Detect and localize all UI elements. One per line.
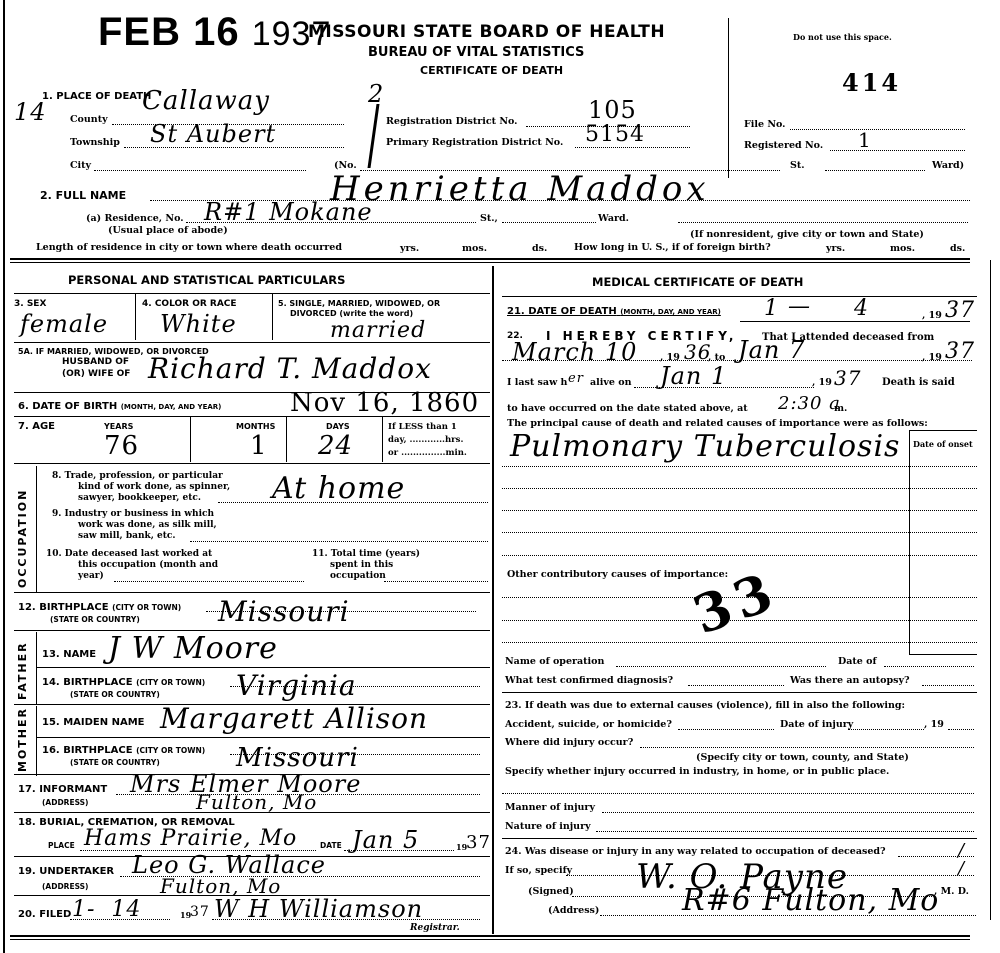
foreign-ds-label: ds. bbox=[950, 244, 965, 254]
injury-year-line bbox=[948, 729, 974, 730]
rule-age bbox=[14, 463, 490, 464]
dod-line bbox=[740, 321, 970, 322]
years-label: YEARS bbox=[104, 423, 133, 431]
dod-day: 4 bbox=[854, 298, 869, 320]
burial-date-label: DATE bbox=[320, 842, 342, 850]
filed-year: 37 bbox=[190, 905, 210, 919]
age-label: 7. AGE bbox=[18, 422, 55, 432]
registrar-signature: W H Williamson bbox=[214, 897, 423, 921]
accident-label: Accident, suicide, or homicide? bbox=[505, 720, 672, 730]
undertaker-address: Fulton, Mo bbox=[160, 876, 281, 896]
form-title: MISSOURI STATE BOARD OF HEALTH bbox=[308, 24, 665, 41]
registered-no-value: 1 bbox=[858, 130, 872, 150]
attended-from: March 10 bbox=[512, 340, 637, 364]
birthplace-city-sub: (CITY OR TOWN) bbox=[112, 603, 181, 612]
dob-label-sub: (MONTH, DAY, AND YEAR) bbox=[121, 403, 222, 411]
industry-line bbox=[190, 541, 488, 542]
rule-personal-title bbox=[14, 293, 490, 294]
file-no-line bbox=[790, 129, 965, 130]
dod-dash: — bbox=[788, 296, 811, 318]
residence-ds-label: ds. bbox=[532, 244, 547, 254]
residence-sublabel: (Usual place of abode) bbox=[108, 226, 228, 236]
where-line bbox=[640, 747, 974, 748]
nonresident-line bbox=[678, 222, 968, 223]
injury-year-prefix: , 19 bbox=[924, 720, 944, 730]
manner-line bbox=[602, 812, 974, 813]
occupation-side-label: OCCUPATION bbox=[16, 478, 29, 588]
bottom-rule-2 bbox=[10, 939, 970, 940]
where-label: Where did injury occur? bbox=[505, 738, 633, 748]
birthplace-state-sub: (STATE OR COUNTRY) bbox=[50, 616, 140, 624]
length-of-residence-label: Length of residence in city or town wher… bbox=[36, 243, 342, 253]
place-bracket bbox=[368, 104, 380, 168]
industry-label-1: 9. Industry or business in which bbox=[52, 510, 214, 519]
county-label: County bbox=[70, 115, 108, 125]
undertaker-address-label: (ADDRESS) bbox=[42, 883, 88, 891]
operation-label: Name of operation bbox=[505, 657, 604, 667]
header-rule-2 bbox=[10, 262, 970, 263]
trade-label-1: 8. Trade, profession, or particular bbox=[52, 472, 223, 481]
age-divider-1 bbox=[190, 416, 191, 462]
onset-column-divider-2 bbox=[909, 590, 910, 654]
dob-label-text: 6. DATE OF BIRTH bbox=[18, 401, 117, 412]
residence-st-label: St., bbox=[480, 214, 498, 224]
dob-value: Nov 16, 1860 bbox=[290, 390, 479, 416]
trade-label-3: sawyer, bookkeeper, etc. bbox=[78, 494, 201, 503]
industry-label-3: saw mill, bank, etc. bbox=[78, 532, 176, 541]
age-months: 1 bbox=[250, 433, 268, 459]
township-label: Township bbox=[70, 138, 120, 148]
full-name-value: Henrietta Maddox bbox=[330, 172, 710, 206]
header-divider bbox=[728, 18, 729, 178]
last-saw-label: I last saw h bbox=[507, 378, 567, 388]
registered-no-label: Registered No. bbox=[744, 141, 823, 151]
if-so-specify-label: If so, specify bbox=[505, 866, 572, 876]
left-border bbox=[3, 0, 5, 953]
occurred-label: to have occurred on the date stated abov… bbox=[507, 404, 748, 414]
cause-line-2 bbox=[502, 488, 977, 489]
dod-label-sub: (MONTH, DAY, AND YEAR) bbox=[620, 308, 721, 316]
foreign-mos-label: mos. bbox=[890, 244, 915, 254]
father-birthplace-state-sub: (STATE OR COUNTRY) bbox=[70, 691, 160, 699]
signed-label: (Signed) bbox=[528, 887, 574, 897]
spouse-value: Richard T. Maddox bbox=[148, 355, 432, 383]
rule-marital bbox=[14, 342, 490, 343]
autopsy-line bbox=[922, 685, 974, 686]
nature-label: Nature of injury bbox=[505, 822, 591, 832]
autopsy-label: Was there an autopsy? bbox=[790, 676, 910, 686]
city-line bbox=[94, 170, 306, 171]
informant-address-label: (ADDRESS) bbox=[42, 799, 88, 807]
residence-ward-line bbox=[502, 222, 596, 223]
total-time-label-2: spent in this bbox=[330, 561, 393, 570]
mother-name-value: Margarett Allison bbox=[160, 705, 428, 733]
last-saw-pronoun: er bbox=[568, 372, 584, 385]
father-name-label: 13. NAME bbox=[42, 650, 96, 660]
bottom-rule-1 bbox=[10, 935, 970, 937]
ward-line bbox=[825, 170, 925, 171]
last-worked-label-3: year) bbox=[78, 572, 104, 581]
primary-registration-value: 5154 bbox=[585, 124, 645, 146]
specify-place-label: Specify whether injury occurred in indus… bbox=[505, 767, 889, 777]
trade-label-2: kind of work done, as spinner, bbox=[78, 483, 230, 492]
last-worked-label-1: 10. Date deceased last worked at bbox=[46, 550, 212, 559]
last-saw-year-prefix: , 19 bbox=[812, 378, 832, 388]
corner-mark: 2 bbox=[368, 82, 384, 106]
trade-value: At home bbox=[272, 474, 405, 504]
last-worked-label-2: this occupation (month and bbox=[78, 561, 218, 570]
registration-district-value: 105 bbox=[588, 98, 637, 122]
primary-registration-line bbox=[575, 147, 690, 148]
coding-stamp: 3 3 bbox=[687, 569, 773, 643]
less-than-label: If LESS than 1 bbox=[388, 423, 457, 432]
principal-cause: Pulmonary Tuberculosis bbox=[510, 432, 900, 462]
registrar-label: Registrar. bbox=[410, 924, 460, 933]
cause-line-5 bbox=[502, 555, 977, 556]
burial-date-value: Jan 5 bbox=[352, 828, 419, 852]
father-bracket bbox=[36, 632, 37, 704]
occupation-bracket bbox=[36, 466, 37, 592]
less-day-label: day, ............hrs. bbox=[388, 436, 463, 445]
color-value: White bbox=[160, 312, 237, 336]
last-saw-date: Jan 1 bbox=[660, 364, 727, 388]
mother-birthplace-state-sub: (STATE OR COUNTRY) bbox=[70, 759, 160, 767]
injury-date-line bbox=[848, 729, 924, 730]
mother-side-label: MOTHER bbox=[16, 710, 29, 772]
dod-year-prefix: , 19 bbox=[922, 311, 942, 321]
operation-date-label: Date of bbox=[838, 657, 877, 667]
residence-label: (a) Residence, No. bbox=[86, 214, 184, 224]
time-of-death: 2:30 a bbox=[778, 395, 841, 413]
undertaker-label: 19. UNDERTAKER bbox=[18, 867, 114, 877]
place-of-death-label: 1. PLACE OF DEATH bbox=[42, 92, 151, 102]
nonresident-note: (If nonresident, give city or town and S… bbox=[690, 230, 924, 240]
mother-name-label: 15. MAIDEN NAME bbox=[42, 718, 144, 728]
specify-place-line bbox=[502, 793, 974, 794]
reserved-note: Do not use this space. bbox=[793, 33, 892, 41]
age-divider-3 bbox=[382, 416, 383, 462]
days-label: DAYS bbox=[326, 423, 350, 431]
to-year-prefix: , 19 bbox=[922, 353, 942, 363]
street-st-label: St. bbox=[790, 161, 805, 171]
rule-external-bottom bbox=[502, 838, 977, 839]
age-days: 24 bbox=[318, 433, 353, 459]
injury-date-label: Date of injury bbox=[780, 720, 853, 730]
total-time-label-1: 11. Total time (years) bbox=[312, 550, 420, 559]
header-rule-1 bbox=[10, 258, 970, 260]
time-m-label: m. bbox=[834, 404, 847, 414]
where-note: (Specify city or town, county, and State… bbox=[696, 753, 909, 763]
personal-section-title: PERSONAL AND STATISTICAL PARTICULARS bbox=[68, 275, 345, 287]
color-label: 4. COLOR OR RACE bbox=[142, 300, 237, 309]
ward-label: Ward) bbox=[932, 161, 964, 171]
form-name: CERTIFICATE OF DEATH bbox=[420, 65, 563, 76]
onset-label: Date of onset bbox=[913, 440, 973, 448]
age-divider-2 bbox=[286, 416, 287, 462]
mother-bracket bbox=[36, 706, 37, 776]
form-subtitle: BUREAU OF VITAL STATISTICS bbox=[368, 46, 584, 59]
burial-place-label: PLACE bbox=[48, 842, 75, 850]
rule-father-name bbox=[36, 667, 490, 668]
less-or-label: or ...............min. bbox=[388, 449, 467, 458]
father-birthplace-label-text: 14. BIRTHPLACE bbox=[42, 677, 133, 688]
reserved-number: 414 bbox=[842, 68, 901, 97]
attended-to: Jan 7 bbox=[738, 338, 805, 362]
operation-date-line bbox=[884, 666, 974, 667]
accident-line bbox=[678, 729, 774, 730]
father-side-label: FATHER bbox=[16, 640, 29, 700]
file-no-label: File No. bbox=[744, 120, 785, 130]
total-time-label-3: occupation bbox=[330, 572, 386, 581]
spouse-label-3: (OR) WIFE OF bbox=[62, 370, 130, 379]
if-so-specify-value: / bbox=[958, 860, 965, 878]
dod-year: 37 bbox=[945, 300, 975, 322]
residence-value: R#1 Mokane bbox=[204, 200, 373, 224]
county-value: Callaway bbox=[142, 88, 270, 114]
sex-label: 3. SEX bbox=[14, 300, 46, 309]
test-line bbox=[688, 685, 784, 686]
rule-medical-title bbox=[502, 296, 977, 297]
marital-label: 5. SINGLE, MARRIED, WIDOWED, OR bbox=[278, 300, 440, 308]
birthplace-label: 12. BIRTHPLACE (CITY OR TOWN) bbox=[18, 603, 181, 613]
dod-label-text: 21. DATE OF DEATH bbox=[507, 306, 617, 317]
mother-birthplace-label: 16. BIRTHPLACE (CITY OR TOWN) bbox=[42, 746, 205, 756]
rule-occupation bbox=[14, 592, 490, 593]
rule-dob bbox=[14, 416, 490, 417]
filed-label: 20. FILED bbox=[18, 910, 71, 920]
physician-address-label: (Address) bbox=[548, 906, 599, 916]
dob-label: 6. DATE OF BIRTH (MONTH, DAY, AND YEAR) bbox=[18, 402, 221, 412]
onset-bottom-rule bbox=[909, 654, 977, 655]
physician-address: R#6 Fulton, Mo bbox=[682, 886, 939, 916]
registration-district-label: Registration District No. bbox=[386, 117, 517, 127]
mother-birthplace-city-sub: (CITY OR TOWN) bbox=[136, 746, 205, 755]
sex-divider bbox=[135, 294, 136, 340]
sex-value: female bbox=[20, 312, 108, 336]
rule-mother-name bbox=[36, 737, 490, 738]
margin-mark: 14 bbox=[14, 100, 47, 124]
foreign-birth-label: How long in U. S., if of foreign birth? bbox=[574, 243, 771, 253]
father-name-value: J W Moore bbox=[108, 634, 278, 664]
months-label: MONTHS bbox=[236, 423, 275, 431]
informant-address: Fulton, Mo bbox=[196, 792, 317, 812]
birthplace-value: Missouri bbox=[218, 598, 350, 626]
dod-month: 1 bbox=[764, 298, 779, 320]
rule-informant bbox=[14, 812, 490, 813]
external-intro: 23. If death was due to external causes … bbox=[505, 701, 905, 711]
industry-label-2: work was done, as silk mill, bbox=[78, 521, 217, 530]
death-said-label: Death is said bbox=[882, 378, 955, 388]
age-years: 76 bbox=[104, 433, 139, 459]
marital-label-2: DIVORCED (write the word) bbox=[290, 310, 413, 318]
mother-birthplace-value: Missouri bbox=[236, 745, 359, 771]
dod-label: 21. DATE OF DEATH (MONTH, DAY, AND YEAR) bbox=[507, 307, 721, 317]
received-date-stamp: FEB 16 1937 bbox=[98, 12, 331, 52]
color-divider bbox=[272, 294, 273, 340]
registered-no-line bbox=[830, 150, 965, 151]
marital-value: married bbox=[330, 320, 426, 342]
father-birthplace-value: Virginia bbox=[236, 672, 357, 700]
cause-line-3 bbox=[502, 510, 977, 511]
filed-date: 1- 14 bbox=[72, 899, 141, 921]
other-causes-label: Other contributory causes of importance: bbox=[507, 570, 728, 580]
township-value: St Aubert bbox=[150, 122, 276, 146]
to-year: 37 bbox=[945, 341, 975, 363]
residence-ward-label: Ward. bbox=[598, 214, 629, 224]
last-saw-year: 37 bbox=[834, 368, 861, 388]
residence-mos-label: mos. bbox=[462, 244, 487, 254]
city-label: City bbox=[70, 161, 91, 171]
residence-yrs-label: yrs. bbox=[400, 244, 419, 254]
last-worked-line bbox=[114, 581, 304, 582]
full-name-label: 2. FULL NAME bbox=[40, 190, 126, 201]
nature-line bbox=[596, 831, 974, 832]
father-birthplace-city-sub: (CITY OR TOWN) bbox=[136, 678, 205, 687]
mother-birthplace-label-text: 16. BIRTHPLACE bbox=[42, 745, 133, 756]
alive-on-label: alive on bbox=[590, 378, 632, 388]
cause-line-1 bbox=[502, 466, 977, 467]
father-birthplace-label: 14. BIRTHPLACE (CITY OR TOWN) bbox=[42, 678, 205, 688]
foreign-yrs-label: yrs. bbox=[826, 244, 845, 254]
cause-intro: The principal cause of death and related… bbox=[507, 419, 928, 429]
informant-label: 17. INFORMANT bbox=[18, 785, 107, 795]
occupation-related-question: 24. Was disease or injury in any way rel… bbox=[505, 847, 886, 857]
spouse-label-2: HUSBAND OF bbox=[62, 358, 129, 367]
rule-medical-bottom bbox=[502, 692, 977, 693]
stamp-month-day: FEB 16 bbox=[98, 10, 240, 54]
test-label: What test confirmed diagnosis? bbox=[505, 676, 673, 686]
right-border bbox=[990, 260, 991, 920]
operation-line bbox=[616, 666, 826, 667]
onset-header-rule bbox=[909, 430, 977, 431]
total-time-line bbox=[384, 581, 488, 582]
medical-section-title: MEDICAL CERTIFICATE OF DEATH bbox=[592, 277, 803, 289]
birthplace-label-text: 12. BIRTHPLACE bbox=[18, 602, 109, 613]
burial-year: 37 bbox=[466, 834, 491, 852]
primary-registration-label: Primary Registration District No. bbox=[386, 138, 563, 148]
burial-place-value: Hams Prairie, Mo bbox=[84, 828, 297, 850]
other-cause-line-3 bbox=[502, 642, 977, 643]
cause-line-4 bbox=[502, 532, 977, 533]
manner-label: Manner of injury bbox=[505, 803, 595, 813]
